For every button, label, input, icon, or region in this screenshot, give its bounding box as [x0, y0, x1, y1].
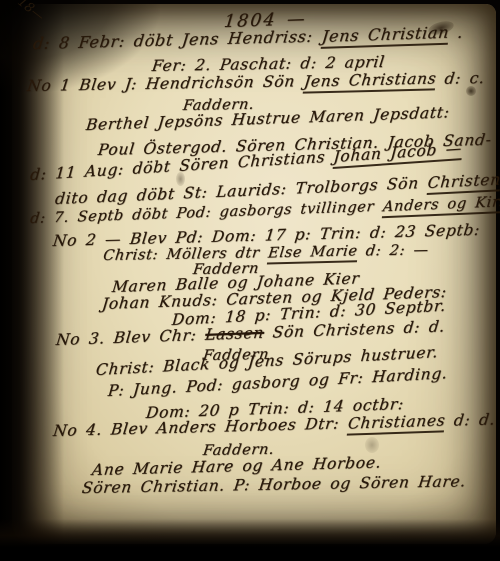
- line-text: No 1 Blev J: Hendrichsön Sön: [26, 72, 296, 95]
- ink-blot: [365, 437, 379, 453]
- ink-blot: [176, 172, 185, 186]
- underlined-name: Christen: [426, 170, 500, 195]
- register-photo: 18— 1804 — d: 8 Febr: döbt Jens Hendriss…: [0, 0, 500, 561]
- ink-blot: [466, 86, 476, 96]
- line-text: d: 2: —: [365, 242, 430, 259]
- line-text: d: c.: [443, 69, 485, 88]
- struck-word: Lassen: [204, 324, 265, 344]
- underlined-name: Else Marie: [267, 243, 359, 264]
- underlined-name: Christianes: [347, 411, 447, 435]
- line-text: d: d.: [453, 410, 496, 429]
- underlined-name: Jens Christians: [302, 69, 437, 93]
- photo-bottom-edge: [0, 519, 500, 561]
